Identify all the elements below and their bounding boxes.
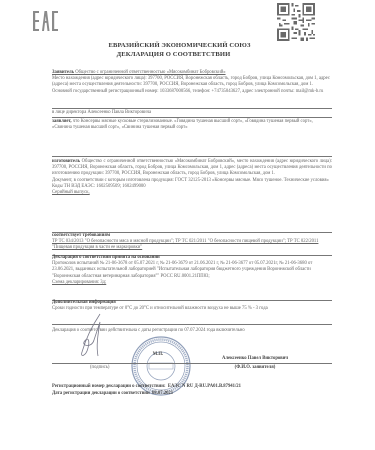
requirements-text: ТР ТС 034/2013 "О безопасности мяса и мя… <box>52 239 332 251</box>
applicant-address: Место нахождения (адрес юридического лиц… <box>52 76 332 95</box>
registration-number-row: Регистрационный номер декларации о соотв… <box>52 384 332 390</box>
declares-section: заявляет, что Консервы мясные кусковые с… <box>52 119 332 131</box>
manufacturer-label: изготовитель <box>52 159 80 164</box>
qr-code-icon[interactable] <box>277 3 315 41</box>
declares-text: что Консервы мясные кусковые стерилизова… <box>52 119 313 130</box>
applicant-section: Заявитель Общество с ограниченной ответс… <box>52 70 332 95</box>
mp-label: М.П. <box>128 352 188 358</box>
registration-date-label: Дата регистрации декларации о соответств… <box>52 391 150 396</box>
signer-caption: (Ф.И.О. заявителя) <box>200 365 310 371</box>
manufacturer-release: Серийный выпуск, <box>52 190 332 196</box>
requirements-section: соответствует требованиям ТР ТС 034/2013… <box>52 233 332 252</box>
applicant-label: Заявитель <box>52 70 74 75</box>
signature-line <box>52 363 332 364</box>
basis-section: Декларация о соответствии принята на осн… <box>52 255 332 286</box>
registration-date-row: Дата регистрации декларации о соответств… <box>52 391 332 397</box>
declares-label: заявляет, <box>52 119 72 124</box>
divider <box>52 117 332 118</box>
registration-number-label: Регистрационный номер декларации о соотв… <box>52 384 166 389</box>
signature-caption: (подпись) <box>90 365 130 371</box>
eac-logo-icon <box>32 10 62 32</box>
union-title: ЕВРАЗИЙСКИЙ ЭКОНОМИЧЕСКИЙ СОЮЗ <box>0 42 367 49</box>
manufacturer-section: изготовитель Общество с ограниченной отв… <box>52 159 332 196</box>
manufacturer-document: Документ, в соответствии с которым изгот… <box>52 178 332 184</box>
additional-section: Дополнительная информация Сроки годности… <box>52 300 332 312</box>
basis-text: Протоколов испытаний № 21-06-3678 от 05.… <box>52 261 332 280</box>
applicant-representative: в лице директора Алексеенко Павла Виктор… <box>52 110 332 116</box>
basis-scheme: Схема декларирования: 3д; <box>52 280 332 286</box>
signature-icon <box>70 312 120 362</box>
manufacturer-text: Общество с ограниченной ответственностью… <box>52 159 332 176</box>
registration-number: ЕАЭС N RU Д-RU.PA01.B.87941/21 <box>168 384 241 389</box>
registration-date: 08.07.2021 <box>152 391 173 396</box>
declaration-title: ДЕКЛАРАЦИЯ О СООТВЕТСТВИИ <box>0 51 361 58</box>
divider <box>52 156 332 157</box>
applicant-name: Общество с ограниченной ответственностью… <box>74 70 225 75</box>
signer-name: Алексеенко Павел Викторович <box>200 356 310 362</box>
divider <box>52 108 332 109</box>
